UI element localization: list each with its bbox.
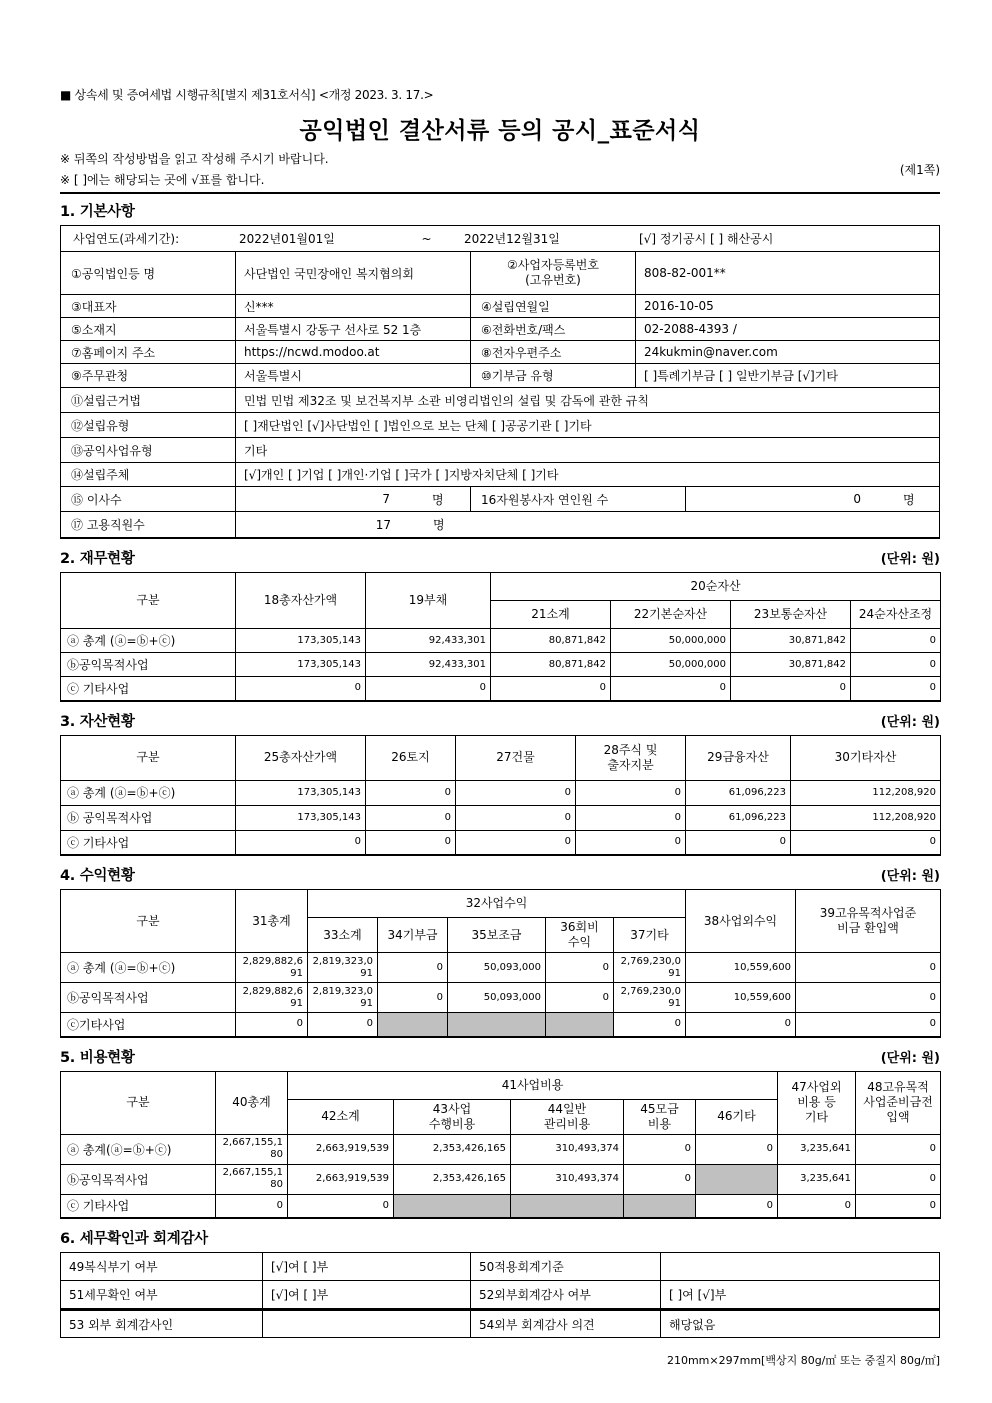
cell: 0	[856, 1134, 941, 1164]
cell: 0	[851, 629, 941, 653]
business-reg-no-label: ②사업자등록번호 (고유번호)	[471, 252, 636, 294]
cell: 0	[546, 953, 614, 983]
cell: 30,871,842	[731, 653, 851, 677]
cell: 2,819,323,091	[308, 983, 378, 1013]
col-header: 22기본순자산	[611, 601, 731, 629]
business-year-start: 2022년01월01일	[239, 230, 389, 247]
cell: 2,769,230,091	[614, 953, 686, 983]
authority-value: 서울특별시	[236, 364, 471, 387]
row-label: ⓑ 공익목적사업	[61, 805, 236, 830]
cell: 173,305,143	[236, 629, 366, 653]
double-entry-checkboxes: [√]여 [ ]부	[263, 1253, 471, 1280]
cell: 0	[366, 677, 491, 701]
table-row: ⓐ 총계 (ⓐ=ⓑ+ⓒ) 173,305,143 0 0 0 61,096,22…	[61, 780, 941, 805]
cell: 173,305,143	[236, 805, 366, 830]
col-header: 26토지	[366, 735, 456, 780]
authority-label: ⑨주무관청	[61, 364, 236, 387]
cell: 310,493,374	[511, 1134, 624, 1164]
director-count-unit: 명	[432, 491, 470, 508]
cell: 0	[456, 780, 576, 805]
shaded-cell	[511, 1194, 624, 1218]
founder-type-checkboxes: [√]개인 [ ]기업 [ ]개인·기업 [ ]국가 [ ]지방자치단체 [ ]…	[236, 463, 939, 486]
cell: 0	[236, 1013, 308, 1037]
donation-type-checkboxes: [ ]특례기부금 [ ] 일반기부금 [√]기타	[636, 364, 941, 387]
cell: 173,305,143	[236, 780, 366, 805]
table-row: 사업연도(과세기간): 2022년01월01일 ~ 2022년12월31일 [√…	[61, 226, 939, 252]
cell: 0	[624, 1164, 696, 1194]
business-year-label: 사업연도(과세기간):	[61, 230, 239, 247]
website-label: ⑦홈페이지 주소	[61, 341, 236, 363]
col-header: 21소계	[491, 601, 611, 629]
corp-name-label: ①공익법인등 명	[61, 252, 236, 294]
col-header: 38사업외수익	[686, 890, 796, 953]
col-group-header: 구분	[61, 735, 236, 780]
unit-label: (단위: 원)	[881, 548, 940, 567]
volunteer-count-value: 0	[686, 492, 903, 506]
section-title-audit: 6. 세무확인과 회계감사	[60, 1227, 208, 1248]
assets-table: 구분 25총자산가액 26토지 27건물 28주식 및 출자지분 29금융자산 …	[60, 735, 941, 857]
cell: 0	[686, 1013, 796, 1037]
volunteer-count-unit: 명	[903, 491, 941, 508]
table-row: 53 외부 회계감사인 54외부 회계감사 의견 해당없음	[61, 1309, 939, 1337]
cell: 50,000,000	[611, 629, 731, 653]
founder-type-label: ⑭설립주체	[61, 463, 236, 486]
shaded-cell	[394, 1194, 511, 1218]
col-header: 33소계	[308, 918, 378, 953]
header-row: 구분 18총자산가액 19부채 20순자산	[61, 573, 941, 601]
row-label: ⓒ 기타사업	[61, 830, 236, 855]
cell: 80,871,842	[491, 629, 611, 653]
col-group-header: 구분	[61, 890, 236, 953]
cell: 0	[791, 830, 941, 855]
table-row: ⓑ공익목적사업 173,305,143 92,433,301 80,871,84…	[61, 653, 941, 677]
col-header: 44일반 관리비용	[511, 1099, 624, 1134]
cell: 0	[491, 677, 611, 701]
shaded-cell	[546, 1013, 614, 1037]
col-header: 18총자산가액	[236, 573, 366, 629]
row-label: ⓒ 기타사업	[61, 1194, 216, 1218]
section-title-expenses: 5. 비용현황	[60, 1046, 135, 1067]
tax-verification-label: 51세무확인 여부	[61, 1281, 263, 1308]
shaded-cell	[696, 1164, 778, 1194]
cell: 0	[731, 677, 851, 701]
cell: 0	[624, 1134, 696, 1164]
table-row: 51세무확인 여부 [√]여 [ ]부 52외부회계감사 여부 [ ]여 [√]…	[61, 1281, 939, 1309]
table-row: ⑦홈페이지 주소 https://ncwd.modoo.at ⑧전자우편주소 2…	[61, 341, 939, 364]
cell: 3,235,641	[778, 1134, 856, 1164]
audit-table: 49복식부기 여부 [√]여 [ ]부 50적용회계기준 51세무확인 여부 […	[60, 1252, 940, 1338]
empty-cell	[471, 512, 939, 537]
cell: 2,829,882,691	[236, 983, 308, 1013]
cell: 0	[614, 1013, 686, 1037]
accounting-standard-label: 50적용회계기준	[471, 1253, 661, 1280]
col-header: 20순자산	[491, 573, 941, 601]
founding-type-label: ⑫설립유형	[61, 413, 236, 437]
external-audit-label: 52외부회계감사 여부	[471, 1281, 661, 1308]
cell: 112,208,920	[791, 805, 941, 830]
table-row: ⓑ 공익목적사업 173,305,143 0 0 0 61,096,223 11…	[61, 805, 941, 830]
cell: 0	[366, 780, 456, 805]
external-auditor-value	[263, 1311, 471, 1337]
cell: 173,305,143	[236, 653, 366, 677]
founding-date-label: ④설립연월일	[471, 295, 636, 317]
external-auditor-label: 53 외부 회계감사인	[61, 1311, 263, 1337]
cell: 0	[576, 830, 686, 855]
col-header: 28주식 및 출자지분	[576, 735, 686, 780]
unit-label: (단위: 원)	[881, 865, 940, 884]
website-value: https://ncwd.modoo.at	[236, 341, 471, 363]
notes-block: ※ 뒤쪽의 작성방법을 읽고 작성해 주시기 바랍니다. ※ [ ]에는 해당되…	[60, 153, 940, 186]
cell: 30,871,842	[731, 629, 851, 653]
col-header: 45모금 비용	[624, 1099, 696, 1134]
row-label: ⓑ공익목적사업	[61, 1164, 216, 1194]
col-header: 34기부금	[378, 918, 448, 953]
public-service-type-label: ⑬공익사업유형	[61, 438, 236, 462]
table-row: ⑬공익사업유형 기타	[61, 438, 939, 463]
external-audit-checkboxes: [ ]여 [√]부	[661, 1281, 939, 1308]
header-row: 구분 25총자산가액 26토지 27건물 28주식 및 출자지분 29금융자산 …	[61, 735, 941, 780]
cell: 2,663,919,539	[288, 1164, 394, 1194]
cell: 0	[856, 1164, 941, 1194]
founding-date-value: 2016-10-05	[636, 295, 941, 317]
phone-fax-value: 02-2088-4393 /	[636, 318, 941, 340]
cell: 50,093,000	[448, 983, 546, 1013]
table-row: ⑰ 고용직원수 17 명	[61, 512, 939, 537]
cell: 0	[378, 983, 448, 1013]
col-header: 29금융자산	[686, 735, 791, 780]
col-header: 41사업비용	[288, 1071, 778, 1099]
table-row: ⑭설립주체 [√]개인 [ ]기업 [ ]개인·기업 [ ]국가 [ ]지방자치…	[61, 463, 939, 487]
cell: 0	[576, 780, 686, 805]
address-value: 서울특별시 강동구 선사로 52 1층	[236, 318, 471, 340]
cell: 2,667,155,180	[216, 1134, 288, 1164]
cell: 0	[456, 830, 576, 855]
cell: 2,829,882,691	[236, 953, 308, 983]
cell: 0	[366, 830, 456, 855]
row-label: ⓐ 총계 (ⓐ=ⓑ+ⓒ)	[61, 629, 236, 653]
employee-count-label: ⑰ 고용직원수	[61, 512, 236, 537]
cell: 92,433,301	[366, 629, 491, 653]
cell: 0	[366, 805, 456, 830]
table-row: ⑫설립유형 [ ]재단법인 [√]사단법인 [ ]법인으로 보는 단체 [ ]공…	[61, 413, 939, 438]
table-row: ⓒ 기타사업 0 0 0 0 0	[61, 1194, 941, 1218]
phone-fax-label: ⑥전화번호/팩스	[471, 318, 636, 340]
table-row: ⓐ 총계 (ⓐ=ⓑ+ⓒ) 173,305,143 92,433,301 80,8…	[61, 629, 941, 653]
cell: 10,559,600	[686, 953, 796, 983]
shaded-cell	[448, 1013, 546, 1037]
col-header: 37기타	[614, 918, 686, 953]
address-label: ⑤소재지	[61, 318, 236, 340]
table-row: ⑤소재지 서울특별시 강동구 선사로 52 1층 ⑥전화번호/팩스 02-208…	[61, 318, 939, 341]
col-header: 43사업 수행비용	[394, 1099, 511, 1134]
founding-law-value: 민법 민법 제32조 및 보건복지부 소관 비영리법인의 설립 및 감독에 관한…	[236, 388, 939, 412]
note-read: ※ 뒤쪽의 작성방법을 읽고 작성해 주시기 바랍니다.	[60, 153, 940, 165]
email-label: ⑧전자우편주소	[471, 341, 636, 363]
table-row: ⓒ 기타사업 0 0 0 0 0 0	[61, 830, 941, 855]
page-title: 공익법인 결산서류 등의 공시_표준서식	[60, 112, 940, 145]
representative-label: ③대표자	[61, 295, 236, 317]
corp-name-value: 사단법인 국민장애인 복지협의회	[236, 252, 471, 294]
cell: 50,093,000	[448, 953, 546, 983]
cell: 2,819,323,091	[308, 953, 378, 983]
table-row: 49복식부기 여부 [√]여 [ ]부 50적용회계기준	[61, 1253, 939, 1281]
accounting-standard-value	[661, 1253, 939, 1280]
unit-label: (단위: 원)	[881, 1047, 940, 1066]
table-row: ⑨주무관청 서울특별시 ⑩기부금 유형 [ ]특례기부금 [ ] 일반기부금 […	[61, 364, 939, 388]
section-title-basic: 1. 기본사항	[60, 200, 135, 221]
cell: 61,096,223	[686, 780, 791, 805]
donation-type-label: ⑩기부금 유형	[471, 364, 636, 387]
section-title-assets: 3. 자산현황	[60, 710, 135, 731]
cell: 2,353,426,165	[394, 1134, 511, 1164]
business-year-end: 2022년12월31일	[464, 230, 639, 247]
col-header: 24순자산조정	[851, 601, 941, 629]
audit-opinion-label: 54외부 회계감사 의견	[471, 1311, 661, 1337]
cell: 0	[851, 677, 941, 701]
cell: 0	[216, 1194, 288, 1218]
table-row: ①공익법인등 명 사단법인 국민장애인 복지협의회 ②사업자등록번호 (고유번호…	[61, 252, 939, 295]
row-label: ⓒ 기타사업	[61, 677, 236, 701]
volunteer-count-label: 16자원봉사자 연인원 수	[471, 487, 686, 511]
cell: 0	[796, 953, 941, 983]
cell: 61,096,223	[686, 805, 791, 830]
cell: 92,433,301	[366, 653, 491, 677]
business-reg-no-value: 808-82-001**	[636, 252, 941, 294]
cell: 0	[796, 983, 941, 1013]
table-row: ⓑ공익목적사업 2,667,155,180 2,663,919,539 2,35…	[61, 1164, 941, 1194]
table-row: ⓐ 총계(ⓐ=ⓑ+ⓒ) 2,667,155,180 2,663,919,539 …	[61, 1134, 941, 1164]
director-count-label: ⑮ 이사수	[61, 487, 236, 511]
cell: 0	[236, 677, 366, 701]
cell: 0	[308, 1013, 378, 1037]
cell: 0	[611, 677, 731, 701]
col-header: 32사업수익	[308, 890, 686, 918]
col-header: 46기타	[696, 1099, 778, 1134]
director-count-value: 7	[236, 492, 432, 506]
col-header: 48고유목적 사업준비금전 입액	[856, 1071, 941, 1134]
tilde: ~	[389, 232, 464, 246]
table-row: ⓒ 기타사업 0 0 0 0 0 0	[61, 677, 941, 701]
cell: 0	[456, 805, 576, 830]
row-label: ⓐ 총계 (ⓐ=ⓑ+ⓒ)	[61, 780, 236, 805]
audit-opinion-value: 해당없음	[661, 1311, 939, 1337]
expenses-table: 구분 40총계 41사업비용 47사업외 비용 등 기타 48고유목적 사업준비…	[60, 1071, 941, 1220]
employee-count-unit: 명	[433, 516, 471, 533]
founding-law-label: ⑪설립근거법	[61, 388, 236, 412]
cell: 0	[576, 805, 686, 830]
public-service-type-value: 기타	[236, 438, 939, 462]
col-header: 36회비 수익	[546, 918, 614, 953]
cell: 0	[686, 830, 791, 855]
cell: 0	[696, 1134, 778, 1164]
cell: 0	[778, 1194, 856, 1218]
cell: 3,235,641	[778, 1164, 856, 1194]
col-header: 23보통순자산	[731, 601, 851, 629]
cell: 0	[546, 983, 614, 1013]
cell: 2,769,230,091	[614, 983, 686, 1013]
cell: 0	[796, 1013, 941, 1037]
row-label: ⓐ 총계 (ⓐ=ⓑ+ⓒ)	[61, 953, 236, 983]
founding-type-checkboxes: [ ]재단법인 [√]사단법인 [ ]법인으로 보는 단체 [ ]공공기관 [ …	[236, 413, 939, 437]
cell: 112,208,920	[791, 780, 941, 805]
note-check: ※ [ ]에는 해당되는 곳에 √표를 합니다.	[60, 174, 940, 186]
tax-verification-checkboxes: [√]여 [ ]부	[263, 1281, 471, 1308]
col-header: 25총자산가액	[236, 735, 366, 780]
double-entry-label: 49복식부기 여부	[61, 1253, 263, 1280]
email-value: 24kukmin@naver.com	[636, 341, 941, 363]
document-page: ■ 상속세 및 증여세법 시행규칙[별지 제31호서식] <개정 2023. 3…	[0, 0, 992, 1403]
cell: 2,667,155,180	[216, 1164, 288, 1194]
col-header: 42소계	[288, 1099, 394, 1134]
row-label: ⓒ기타사업	[61, 1013, 236, 1037]
table-row: ⓑ공익목적사업 2,829,882,691 2,819,323,091 0 50…	[61, 983, 941, 1013]
cell: 0	[696, 1194, 778, 1218]
cell: 80,871,842	[491, 653, 611, 677]
cell: 0	[288, 1194, 394, 1218]
col-group-header: 구분	[61, 573, 236, 629]
table-row: ⑮ 이사수 7 명 16자원봉사자 연인원 수 0 명	[61, 487, 939, 512]
page-marker: (제1쪽)	[900, 164, 940, 176]
unit-label: (단위: 원)	[881, 711, 940, 730]
revenue-table: 구분 31총계 32사업수익 38사업외수익 39고유목적사업준 비금 환입액 …	[60, 889, 941, 1038]
section-title-revenue: 4. 수익현황	[60, 864, 135, 885]
table-row: ⓒ기타사업 0 0 0 0 0	[61, 1013, 941, 1037]
row-label: ⓑ공익목적사업	[61, 983, 236, 1013]
form-reference: ■ 상속세 및 증여세법 시행규칙[별지 제31호서식] <개정 2023. 3…	[60, 86, 940, 103]
col-header: 30기타자산	[791, 735, 941, 780]
col-header: 39고유목적사업준 비금 환입액	[796, 890, 941, 953]
col-header: 19부채	[366, 573, 491, 629]
col-header: 31총계	[236, 890, 308, 953]
table-row: ⑪설립근거법 민법 민법 제32조 및 보건복지부 소관 비영리법인의 설립 및…	[61, 388, 939, 413]
cell: 50,000,000	[611, 653, 731, 677]
table-row: ③대표자 신*** ④설립연월일 2016-10-05	[61, 295, 939, 318]
section-title-finance: 2. 재무현황	[60, 547, 135, 568]
cell: 0	[851, 653, 941, 677]
col-header: 35보조금	[448, 918, 546, 953]
employee-count-value: 17	[236, 518, 433, 532]
row-label: ⓑ공익목적사업	[61, 653, 236, 677]
shaded-cell	[378, 1013, 448, 1037]
basic-info-table: 사업연도(과세기간): 2022년01월01일 ~ 2022년12월31일 [√…	[60, 225, 940, 539]
cell: 0	[236, 830, 366, 855]
row-label: ⓐ 총계(ⓐ=ⓑ+ⓒ)	[61, 1134, 216, 1164]
disclosure-type-checkboxes: [√] 정기공시 [ ] 해산공시	[639, 230, 939, 247]
cell: 0	[856, 1194, 941, 1218]
paper-spec-footer: 210mm×297mm[백상지 80g/㎡ 또는 중질지 80g/㎡]	[60, 1352, 940, 1368]
finance-table: 구분 18총자산가액 19부채 20순자산 21소계 22기본순자산 23보통순…	[60, 572, 941, 702]
header-row: 구분 40총계 41사업비용 47사업외 비용 등 기타 48고유목적 사업준비…	[61, 1071, 941, 1099]
col-header: 40총계	[216, 1071, 288, 1134]
col-header: 27건물	[456, 735, 576, 780]
representative-value: 신***	[236, 295, 471, 317]
cell: 2,353,426,165	[394, 1164, 511, 1194]
table-row: ⓐ 총계 (ⓐ=ⓑ+ⓒ) 2,829,882,691 2,819,323,091…	[61, 953, 941, 983]
col-header: 47사업외 비용 등 기타	[778, 1071, 856, 1134]
cell: 0	[378, 953, 448, 983]
header-row: 구분 31총계 32사업수익 38사업외수익 39고유목적사업준 비금 환입액	[61, 890, 941, 918]
cell: 310,493,374	[511, 1164, 624, 1194]
cell: 10,559,600	[686, 983, 796, 1013]
cell: 2,663,919,539	[288, 1134, 394, 1164]
col-group-header: 구분	[61, 1071, 216, 1134]
shaded-cell	[624, 1194, 696, 1218]
divider	[60, 192, 940, 194]
